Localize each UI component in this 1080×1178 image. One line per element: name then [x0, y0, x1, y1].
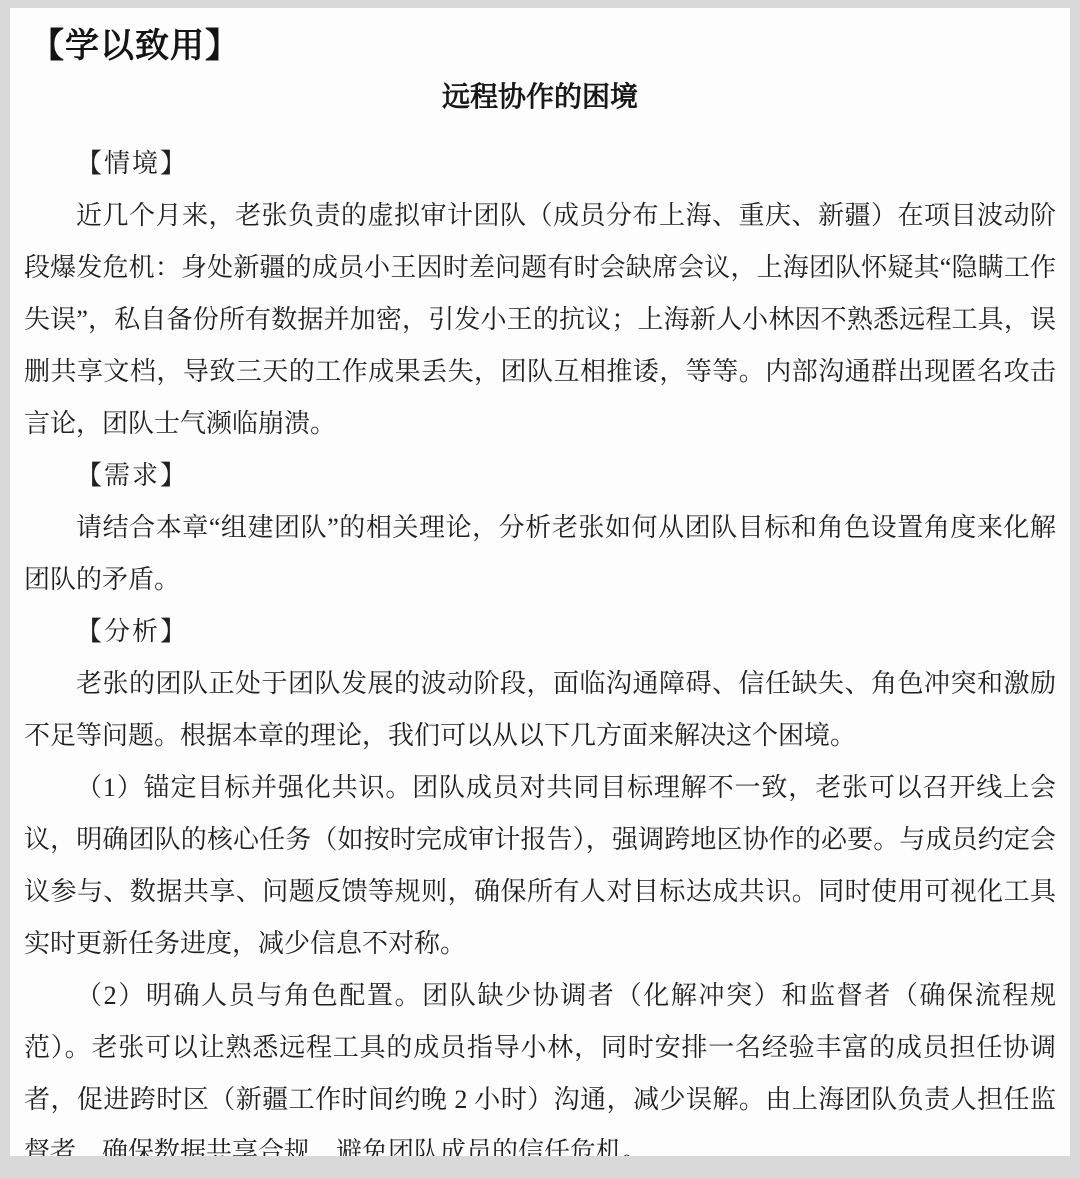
section-heading-situation: 【情境】 — [24, 138, 1056, 190]
paragraph-analysis-point-1: （1）锚定目标并强化共识。团队成员对共同目标理解不一致，老张可以召开线上会议，明… — [24, 762, 1056, 970]
document-body: 【情境】 近几个月来，老张负责的虚拟审计团队（成员分布上海、重庆、新疆）在项目波… — [24, 138, 1056, 1156]
section-heading-requirement: 【需求】 — [24, 450, 1056, 502]
paragraph-analysis-intro: 老张的团队正处于团队发展的波动阶段，面临沟通障碍、信任缺失、角色冲突和激励不足等… — [24, 658, 1056, 762]
paragraph-situation: 近几个月来，老张负责的虚拟审计团队（成员分布上海、重庆、新疆）在项目波动阶段爆发… — [24, 190, 1056, 450]
paragraph-analysis-point-2: （2）明确人员与角色配置。团队缺少协调者（化解冲突）和监督者（确保流程规范）。老… — [24, 970, 1056, 1156]
case-title: 远程协作的困境 — [24, 80, 1056, 116]
paragraph-requirement: 请结合本章“组建团队”的相关理论，分析老张如何从团队目标和角色设置角度来化解团队… — [24, 502, 1056, 606]
document-page: 【学以致用】 远程协作的困境 【情境】 近几个月来，老张负责的虚拟审计团队（成员… — [10, 8, 1070, 1156]
chapter-section-tag: 【学以致用】 — [30, 26, 1056, 66]
section-heading-analysis: 【分析】 — [24, 606, 1056, 658]
